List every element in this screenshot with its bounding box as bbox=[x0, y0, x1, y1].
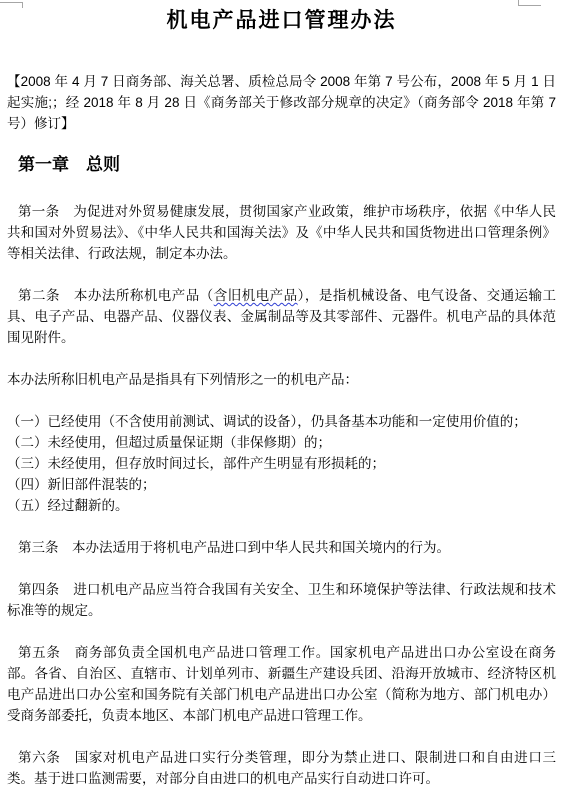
text-boundary-mark-top-left bbox=[0, 2, 23, 8]
list-item: （三）未经使用，但存放时间过长，部件产生明显有形损耗的； bbox=[7, 453, 556, 474]
list-item: （一）已经使用（不含使用前测试、调试的设备），仍具备基本功能和一定使用价值的； bbox=[7, 411, 556, 432]
article-5-paragraph: 第五条 商务部负责全国机电产品进口管理工作。国家机电产品进出口办公室设在商务部。… bbox=[7, 642, 556, 726]
article-3-paragraph: 第三条 本办法适用于将机电产品进口到中华人民共和国关境内的行为。 bbox=[7, 537, 556, 558]
list-item: （二）未经使用，但超过质量保证期（非保修期）的； bbox=[7, 432, 556, 453]
article-6-paragraph: 第六条 国家对机电产品进口实行分类管理，即分为禁止进口、限制进口和自由进口三类。… bbox=[7, 747, 556, 787]
article-2-paragraph: 第二条 本办法所称机电产品（含旧机电产品），是指机械设备、电气设备、交通运输工具… bbox=[7, 285, 556, 348]
old-product-condition-list: （一）已经使用（不含使用前测试、调试的设备），仍具备基本功能和一定使用价值的； … bbox=[7, 411, 556, 516]
article-1-paragraph: 第一条 为促进对外贸易健康发展，贯彻国家产业政策，维护市场秩序，依据《中华人民共… bbox=[7, 201, 556, 264]
list-item: （五）经过翻新的。 bbox=[7, 495, 556, 516]
text-boundary-mark-top-right bbox=[518, 0, 541, 6]
chapter-1-heading: 第一章 总则 bbox=[7, 153, 556, 177]
document-title: 机电产品进口管理办法 bbox=[7, 8, 556, 34]
list-item: （四）新旧部件混装的； bbox=[7, 474, 556, 495]
article-4-paragraph: 第四条 进口机电产品应当符合我国有关安全、卫生和环境保护等法律、行政法规和技术标… bbox=[7, 579, 556, 621]
article-2-text-before: 第二条 本办法所称机电产品（ bbox=[18, 288, 214, 303]
old-product-definition-intro: 本办法所称旧机电产品是指具有下列情形之一的机电产品： bbox=[7, 369, 556, 390]
spellcheck-flagged-text: 含旧机电产品 bbox=[214, 288, 298, 303]
document-page: 机电产品进口管理办法 【2008 年 4 月 7 日商务部、海关总署、质检总局令… bbox=[0, 0, 568, 787]
promulgation-note-paragraph: 【2008 年 4 月 7 日商务部、海关总署、质检总局令 2008 年第 7 … bbox=[7, 71, 556, 134]
